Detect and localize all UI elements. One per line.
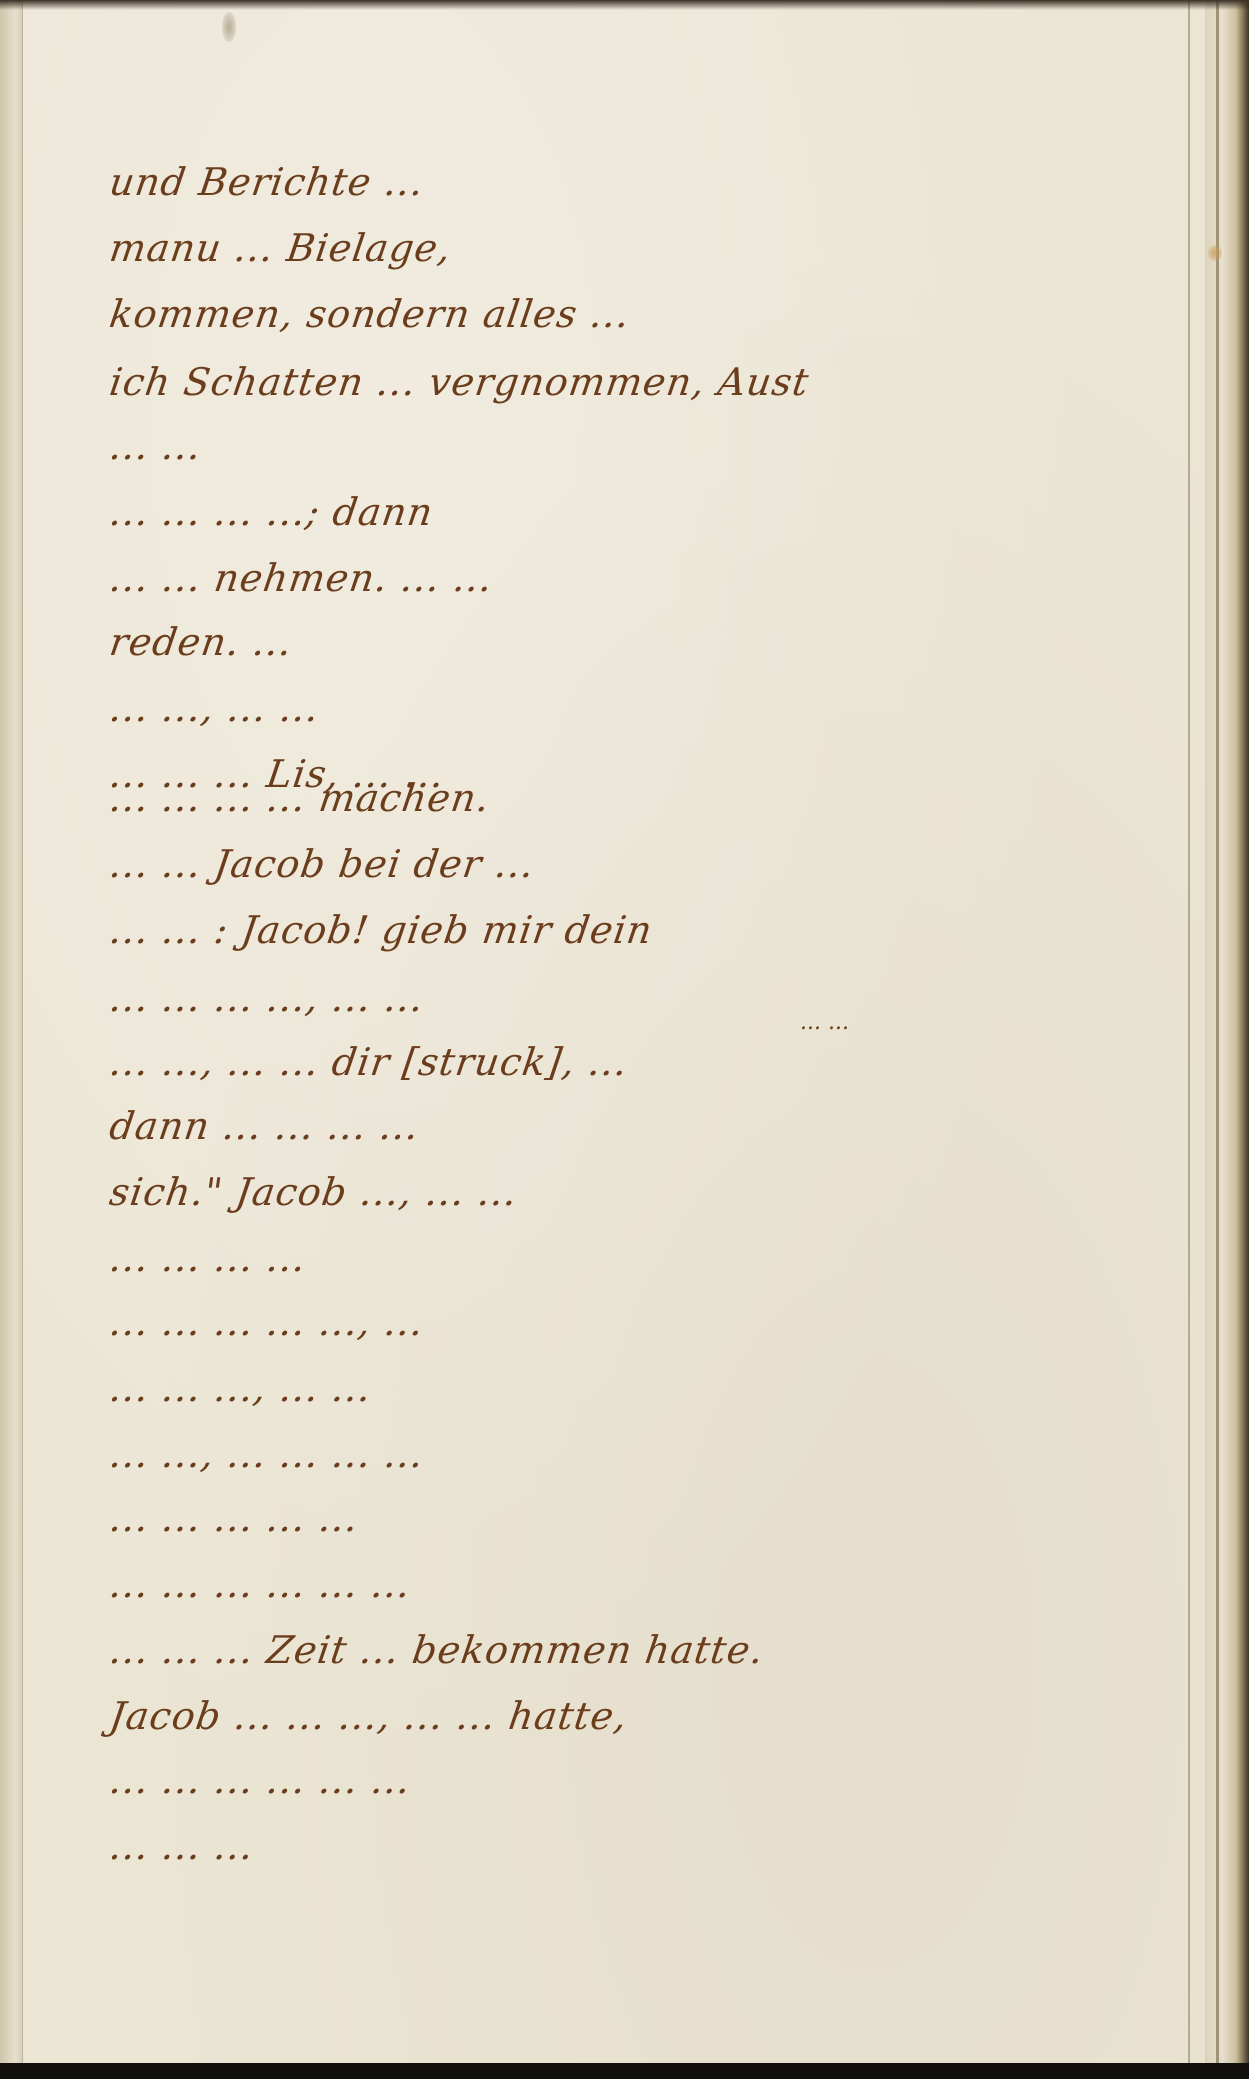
text-line: Jacob ... ... ..., ... ... hatte, <box>107 1694 631 1738</box>
text-line: ... ... ... ..., ... ... <box>107 976 427 1020</box>
top-shadow <box>0 0 1249 10</box>
page-stack-edge <box>1205 0 1249 2079</box>
paper-stain <box>1208 245 1222 261</box>
text-line: ... ... ... ... ... ... <box>107 1562 414 1606</box>
text-line: ... ... : Jacob! gieb mir dein <box>107 908 656 952</box>
manuscript-page: und Berichte ... manu ... Bielage, komme… <box>0 0 1249 2079</box>
binding-gutter <box>0 0 23 2079</box>
text-line: ... ..., ... ... <box>107 686 322 730</box>
text-line: ... ... ... ... ... <box>107 1496 362 1540</box>
page-edge-line <box>1188 0 1190 2079</box>
text-line: ... ... nehmen. ... ... <box>107 556 496 600</box>
text-line: ... ... ... ... ..., ... <box>107 1300 427 1344</box>
text-line: ... ... <box>107 424 205 468</box>
text-line: ... ... ... ... ... ... <box>107 1758 414 1802</box>
text-line: ... ... ... ...; dann <box>107 490 436 534</box>
paper-smudge <box>222 12 236 42</box>
text-line: ... ... Jacob bei der ... <box>107 842 538 886</box>
text-line: sich." Jacob ..., ... ... <box>107 1170 521 1214</box>
text-line: ... ... ... Zeit ... bekommen hatte. <box>107 1628 767 1672</box>
text-line: dann ... ... ... ... <box>107 1104 422 1148</box>
text-line: ich Schatten ... vergnommen, Aust <box>107 360 812 404</box>
text-line: ... ..., ... ... dir [struck], ... <box>107 1040 631 1084</box>
page-edge-line <box>1216 0 1219 2079</box>
text-line: kommen, sondern alles ... <box>107 292 633 336</box>
text-line: manu ... Bielage, <box>107 226 454 270</box>
bottom-shadow <box>0 2063 1249 2079</box>
interlinear-insert: ... ... <box>800 1010 849 1035</box>
text-line: ... ... ... ... machen. <box>107 776 493 820</box>
text-line: reden. ... <box>107 620 296 664</box>
text-line: ... ... ..., ... ... <box>107 1366 375 1410</box>
text-line: ... ... ... ... <box>107 1236 309 1280</box>
text-line: ... ..., ... ... ... ... <box>107 1432 427 1476</box>
text-line: und Berichte ... <box>107 160 427 204</box>
text-line: ... ... ... <box>107 1824 257 1868</box>
